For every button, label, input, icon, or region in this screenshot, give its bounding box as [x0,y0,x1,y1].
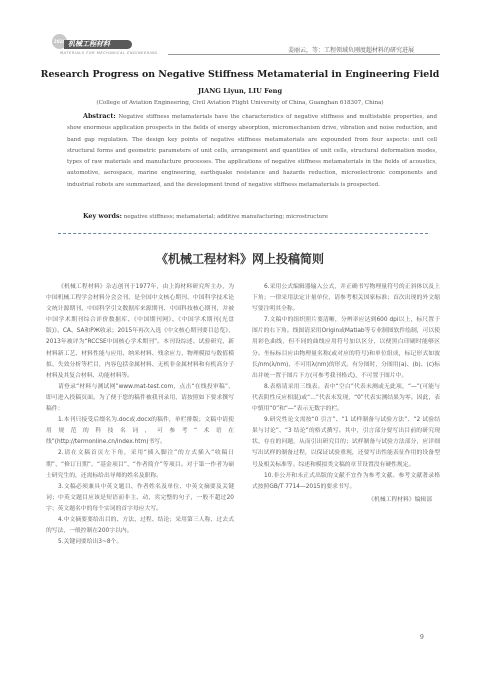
abstract-text: Negative stiffness metamaterials have th… [67,114,437,188]
notice-paragraph: 9.研究性论文需按“0 引言”、“1 试样制备与试验方法”、“2 试验结果与讨论… [252,415,440,470]
notice-paragraph: 请登录“材料与测试网”www.mat-test.com，点击“在线投审稿”，即可… [46,382,234,415]
notice-left-column: 《机械工程材料》杂志创刊于1977年，由上海材料研究所主办，为中国机械工程学会材… [46,282,234,548]
notice-paragraph: 5.关键词要给出3~8个。 [46,537,234,548]
notice-right-column: 6.采用公式编辑器输入公式，并正确书写物理量符号的正斜体以及上下角；一律采用法定… [252,282,440,506]
notice-title: 《机械工程材料》网上投稿简则 [0,250,480,267]
article-affiliation: (College of Aviation Engineering, Civil … [0,100,480,106]
abstract-block: Abstract: Negative stiffness metamateria… [67,111,437,191]
notice-paragraph: 7.文稿中的组织照片要清晰，分辨率应达到600 dpi以上，标尺置于图片的右下角… [252,315,440,382]
article-title: Research Progress on Negative Stiffness … [0,69,480,80]
editorial-signature: 《机械工程材料》编辑部 [252,495,440,506]
notice-paragraph: 8.表格请采用三线表。表中“空白”代表未测或无此项，“—”(可能与代表阴性反应相… [252,382,440,415]
journal-logo-title: 机械工程材料 [64,40,132,49]
page-number: 9 [420,634,424,641]
keywords-label: Key words: [83,212,122,220]
notice-paragraph: 1.本刊只接受后缀名为.doc或.docx的稿件，单栏排版；文稿中请使用规范的科… [46,415,234,448]
notice-paragraph: 《机械工程材料》杂志创刊于1977年，由上海材料研究所主办，为中国机械工程学会材… [46,282,234,382]
notice-paragraph: 6.采用公式编辑器输入公式，并正确书写物理量符号的正斜体以及上下角；一律采用法定… [252,282,440,315]
running-head: 姜丽云，等：工程领域负刚度超材料的研究进展 [288,45,414,54]
page-header: 2024 机械工程材料 MATERIALS FOR MECHANICAL ENG… [0,0,480,60]
notice-paragraph: 10.非公开和未正式出版的文献不宜作为参考文献。参考文献著录格式按照GB/T 7… [252,471,440,493]
abstract-label: Abstract: [83,112,116,120]
keywords-text: negative stiffness; metamaterial; additi… [124,214,328,220]
notice-paragraph: 3.文稿必须兼具中英文题目、作者姓名及单位、中英文摘要及关键词；中英文题目应该是… [46,482,234,515]
article-authors: JIANG Liyun, LIU Feng [0,87,480,95]
notice-paragraph: 2.请在文稿首页左下角，采用“插入脚注”的方式插入“收稿日期”、“修订日期”、“… [46,448,234,481]
header-rule [168,54,440,55]
keywords-block: Key words: negative stiffness; metamater… [83,212,328,220]
section-divider [58,233,428,234]
journal-logo-subtitle: MATERIALS FOR MECHANICAL ENGINEERING [60,51,158,55]
notice-paragraph: 4.中文摘要要给出目的、方法、过程、结论；采用第三人称、过去式的写法，一般控制在… [46,515,234,537]
